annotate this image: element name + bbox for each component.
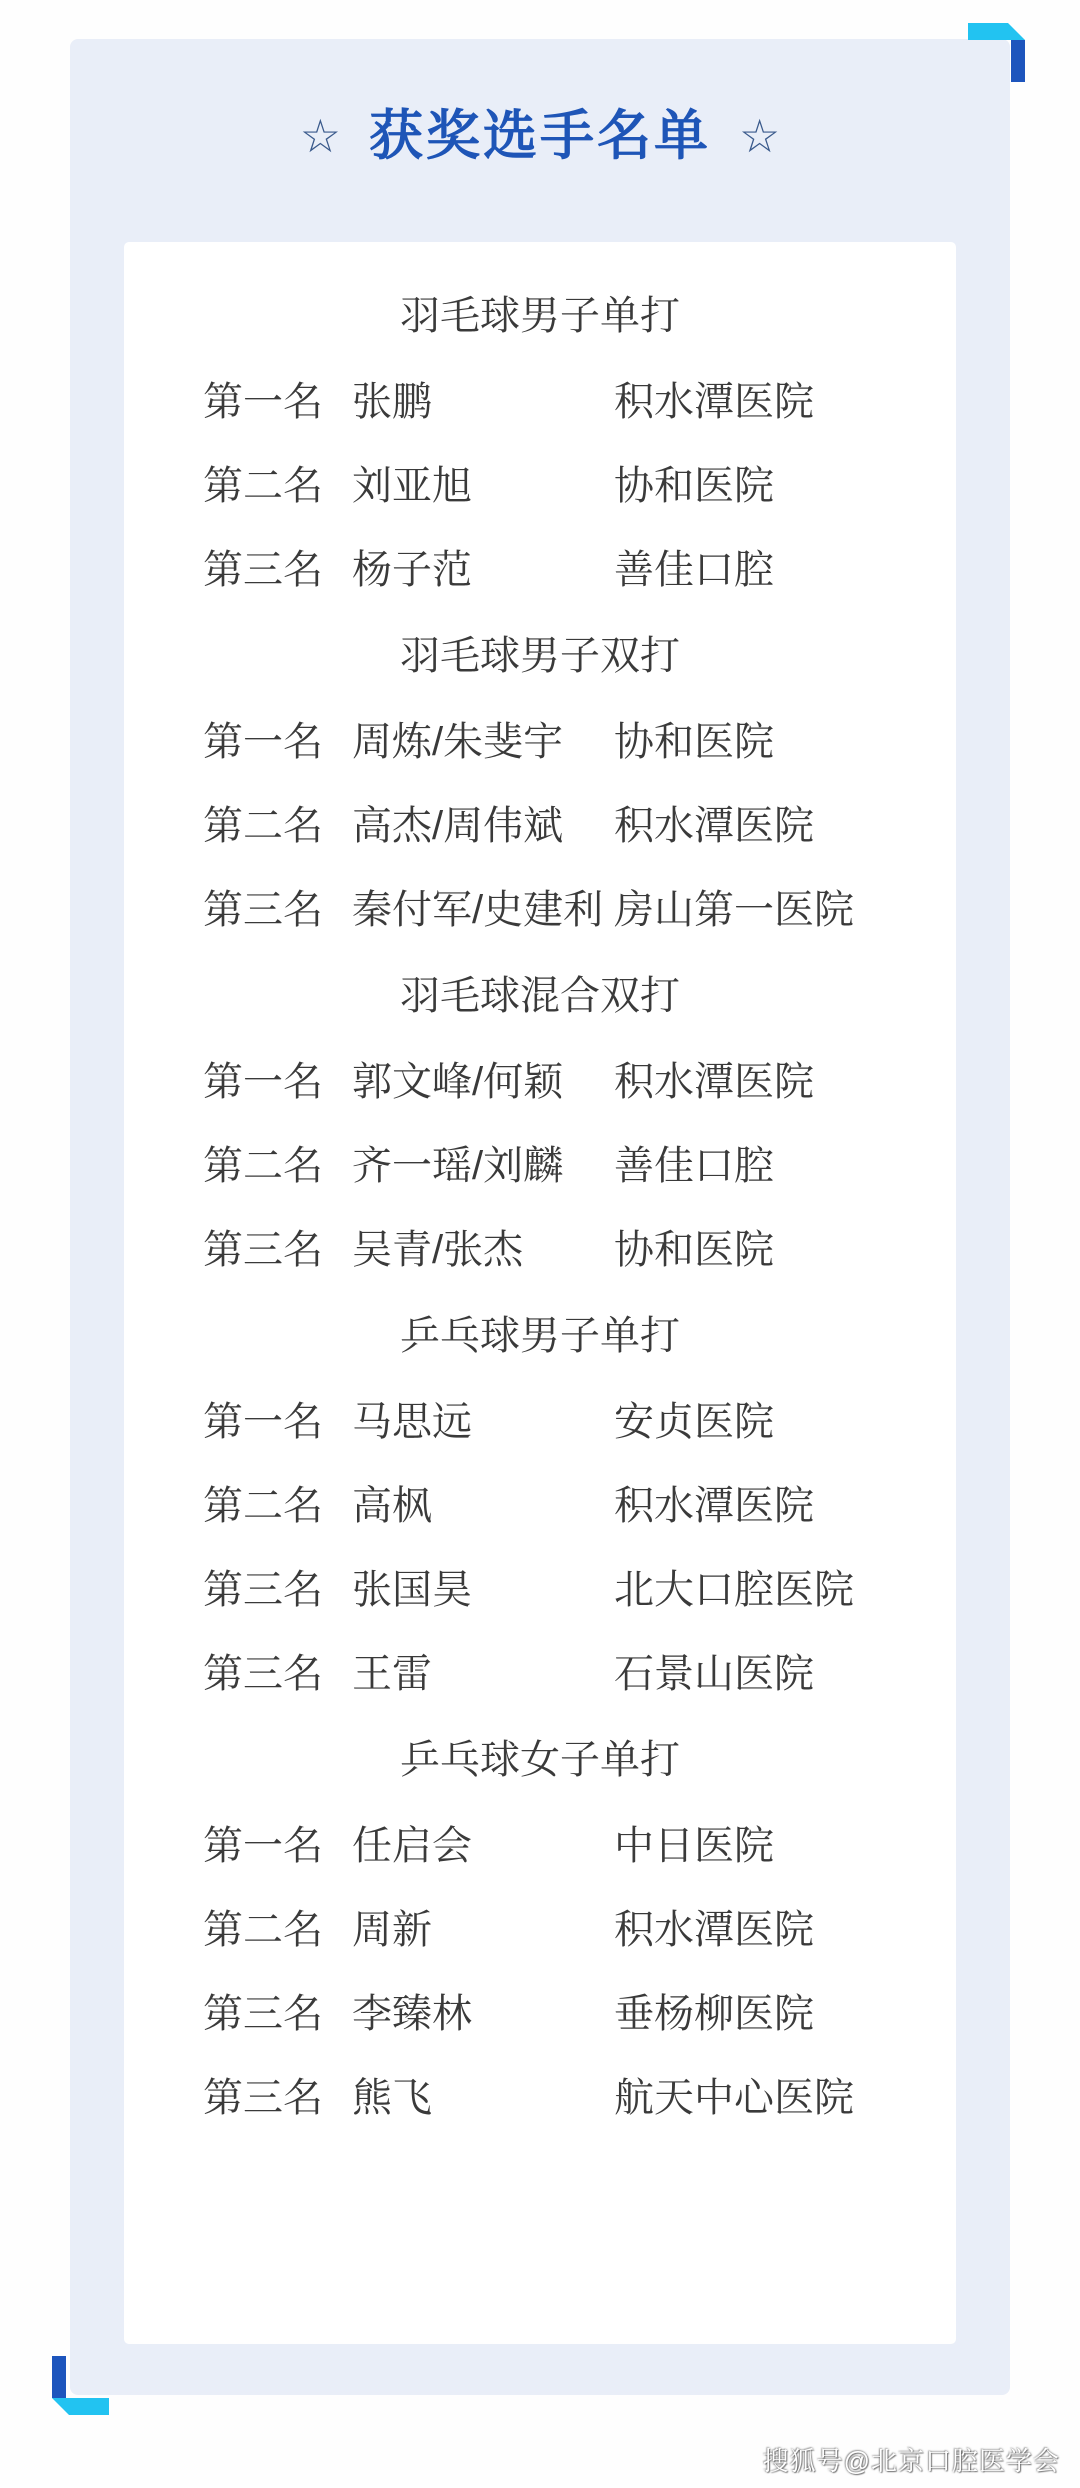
winner-name: 郭文峰/何颖	[352, 1060, 614, 1104]
winner-name: 刘亚旭	[352, 464, 614, 508]
rank-label: 第二名	[203, 1908, 352, 1952]
watermark: 搜狐号@北京口腔医学会	[763, 2441, 1060, 2478]
award-section: 羽毛球男子单打 第一名 张鹏 积水潭医院 第二名 刘亚旭 协和医院 第三名 杨子…	[124, 292, 956, 592]
hospital-name: 安贞医院	[614, 1400, 956, 1444]
hospital-name: 积水潭医院	[614, 1484, 956, 1528]
award-row: 第三名 张国昊 北大口腔医院	[124, 1568, 956, 1612]
rank-label: 第三名	[203, 888, 352, 932]
section-rows: 第一名 马思远 安贞医院 第二名 高枫 积水潭医院 第三名 张国昊 北大口腔医院…	[124, 1400, 956, 1696]
section-rows: 第一名 任启会 中日医院 第二名 周新 积水潭医院 第三名 李臻林 垂杨柳医院 …	[124, 1824, 956, 2120]
rank-label: 第二名	[203, 1144, 352, 1188]
award-row: 第三名 熊飞 航天中心医院	[124, 2076, 956, 2120]
hospital-name: 中日医院	[614, 1824, 956, 1868]
award-section: 羽毛球男子双打 第一名 周炼/朱斐宇 协和医院 第二名 高杰/周伟斌 积水潭医院…	[124, 632, 956, 932]
winner-name: 王雷	[352, 1652, 614, 1696]
hospital-name: 善佳口腔	[614, 1144, 956, 1188]
award-section: 乒乓球男子单打 第一名 马思远 安贞医院 第二名 高枫 积水潭医院 第三名 张国…	[124, 1312, 956, 1696]
hospital-name: 协和医院	[614, 1228, 956, 1272]
section-header: 乒乓球男子单打	[124, 1312, 956, 1360]
award-section: 羽毛球混合双打 第一名 郭文峰/何颖 积水潭医院 第二名 齐一瑶/刘麟 善佳口腔…	[124, 972, 956, 1272]
section-header: 羽毛球混合双打	[124, 972, 956, 1020]
winner-name: 任启会	[352, 1824, 614, 1868]
winners-card: 羽毛球男子单打 第一名 张鹏 积水潭医院 第二名 刘亚旭 协和医院 第三名 杨子…	[124, 242, 956, 2344]
award-row: 第二名 周新 积水潭医院	[124, 1908, 956, 1952]
rank-label: 第三名	[203, 1568, 352, 1612]
rank-label: 第二名	[203, 464, 352, 508]
winner-name: 齐一瑶/刘麟	[352, 1144, 614, 1188]
poster-page: ☆ 获奖选手名单 ☆ 羽毛球男子单打 第一名 张鹏 积水潭医院 第二名 刘亚旭 …	[0, 0, 1080, 2488]
hospital-name: 北大口腔医院	[614, 1568, 956, 1612]
hospital-name: 航天中心医院	[614, 2076, 956, 2120]
winner-name: 高杰/周伟斌	[352, 804, 614, 848]
winner-name: 杨子范	[352, 548, 614, 592]
page-title: ☆ 获奖选手名单 ☆	[70, 105, 1010, 167]
award-row: 第一名 郭文峰/何颖 积水潭医院	[124, 1060, 956, 1104]
hospital-name: 协和医院	[614, 464, 956, 508]
hospital-name: 垂杨柳医院	[614, 1992, 956, 2036]
rank-label: 第二名	[203, 804, 352, 848]
award-row: 第一名 任启会 中日医院	[124, 1824, 956, 1868]
award-row: 第三名 王雷 石景山医院	[124, 1652, 956, 1696]
award-row: 第二名 齐一瑶/刘麟 善佳口腔	[124, 1144, 956, 1188]
award-section: 乒乓球女子单打 第一名 任启会 中日医院 第二名 周新 积水潭医院 第三名 李臻…	[124, 1736, 956, 2120]
award-row: 第一名 马思远 安贞医院	[124, 1400, 956, 1444]
award-row: 第三名 秦付军/史建利 房山第一医院	[124, 888, 956, 932]
hospital-name: 房山第一医院	[614, 888, 956, 932]
award-row: 第三名 李臻林 垂杨柳医院	[124, 1992, 956, 2036]
award-row: 第一名 张鹏 积水潭医院	[124, 380, 956, 424]
winner-name: 张鹏	[352, 380, 614, 424]
award-row: 第二名 高杰/周伟斌 积水潭医院	[124, 804, 956, 848]
rank-label: 第二名	[203, 1484, 352, 1528]
hospital-name: 积水潭医院	[614, 380, 956, 424]
hospital-name: 协和医院	[614, 720, 956, 764]
award-row: 第三名 吴青/张杰 协和医院	[124, 1228, 956, 1272]
winner-name: 李臻林	[352, 1992, 614, 2036]
content-panel: ☆ 获奖选手名单 ☆ 羽毛球男子单打 第一名 张鹏 积水潭医院 第二名 刘亚旭 …	[70, 39, 1010, 2395]
rank-label: 第三名	[203, 548, 352, 592]
hospital-name: 善佳口腔	[614, 548, 956, 592]
star-icon: ☆	[300, 105, 341, 167]
page-title-text: 获奖选手名单	[369, 105, 711, 167]
hospital-name: 积水潭医院	[614, 1060, 956, 1104]
winner-name: 周新	[352, 1908, 614, 1952]
section-header: 羽毛球男子双打	[124, 632, 956, 680]
section-header: 乒乓球女子单打	[124, 1736, 956, 1784]
award-row: 第二名 高枫 积水潭医院	[124, 1484, 956, 1528]
award-row: 第一名 周炼/朱斐宇 协和医院	[124, 720, 956, 764]
section-rows: 第一名 郭文峰/何颖 积水潭医院 第二名 齐一瑶/刘麟 善佳口腔 第三名 吴青/…	[124, 1060, 956, 1272]
rank-label: 第一名	[203, 380, 352, 424]
corner-ribbon-top-right-icon	[965, 23, 1025, 83]
winner-name: 张国昊	[352, 1568, 614, 1612]
rank-label: 第一名	[203, 1060, 352, 1104]
award-row: 第二名 刘亚旭 协和医院	[124, 464, 956, 508]
section-header: 羽毛球男子单打	[124, 292, 956, 340]
section-rows: 第一名 张鹏 积水潭医院 第二名 刘亚旭 协和医院 第三名 杨子范 善佳口腔	[124, 380, 956, 592]
rank-label: 第一名	[203, 1824, 352, 1868]
hospital-name: 积水潭医院	[614, 804, 956, 848]
winner-name: 吴青/张杰	[352, 1228, 614, 1272]
rank-label: 第三名	[203, 1652, 352, 1696]
award-row: 第三名 杨子范 善佳口腔	[124, 548, 956, 592]
winner-name: 周炼/朱斐宇	[352, 720, 614, 764]
winner-name: 秦付军/史建利	[352, 888, 614, 932]
rank-label: 第三名	[203, 1992, 352, 2036]
corner-ribbon-bottom-left-icon	[52, 2355, 112, 2415]
rank-label: 第三名	[203, 2076, 352, 2120]
winner-name: 高枫	[352, 1484, 614, 1528]
winner-name: 马思远	[352, 1400, 614, 1444]
rank-label: 第一名	[203, 720, 352, 764]
hospital-name: 石景山医院	[614, 1652, 956, 1696]
star-icon: ☆	[739, 105, 780, 167]
rank-label: 第一名	[203, 1400, 352, 1444]
hospital-name: 积水潭医院	[614, 1908, 956, 1952]
section-rows: 第一名 周炼/朱斐宇 协和医院 第二名 高杰/周伟斌 积水潭医院 第三名 秦付军…	[124, 720, 956, 932]
winner-name: 熊飞	[352, 2076, 614, 2120]
rank-label: 第三名	[203, 1228, 352, 1272]
